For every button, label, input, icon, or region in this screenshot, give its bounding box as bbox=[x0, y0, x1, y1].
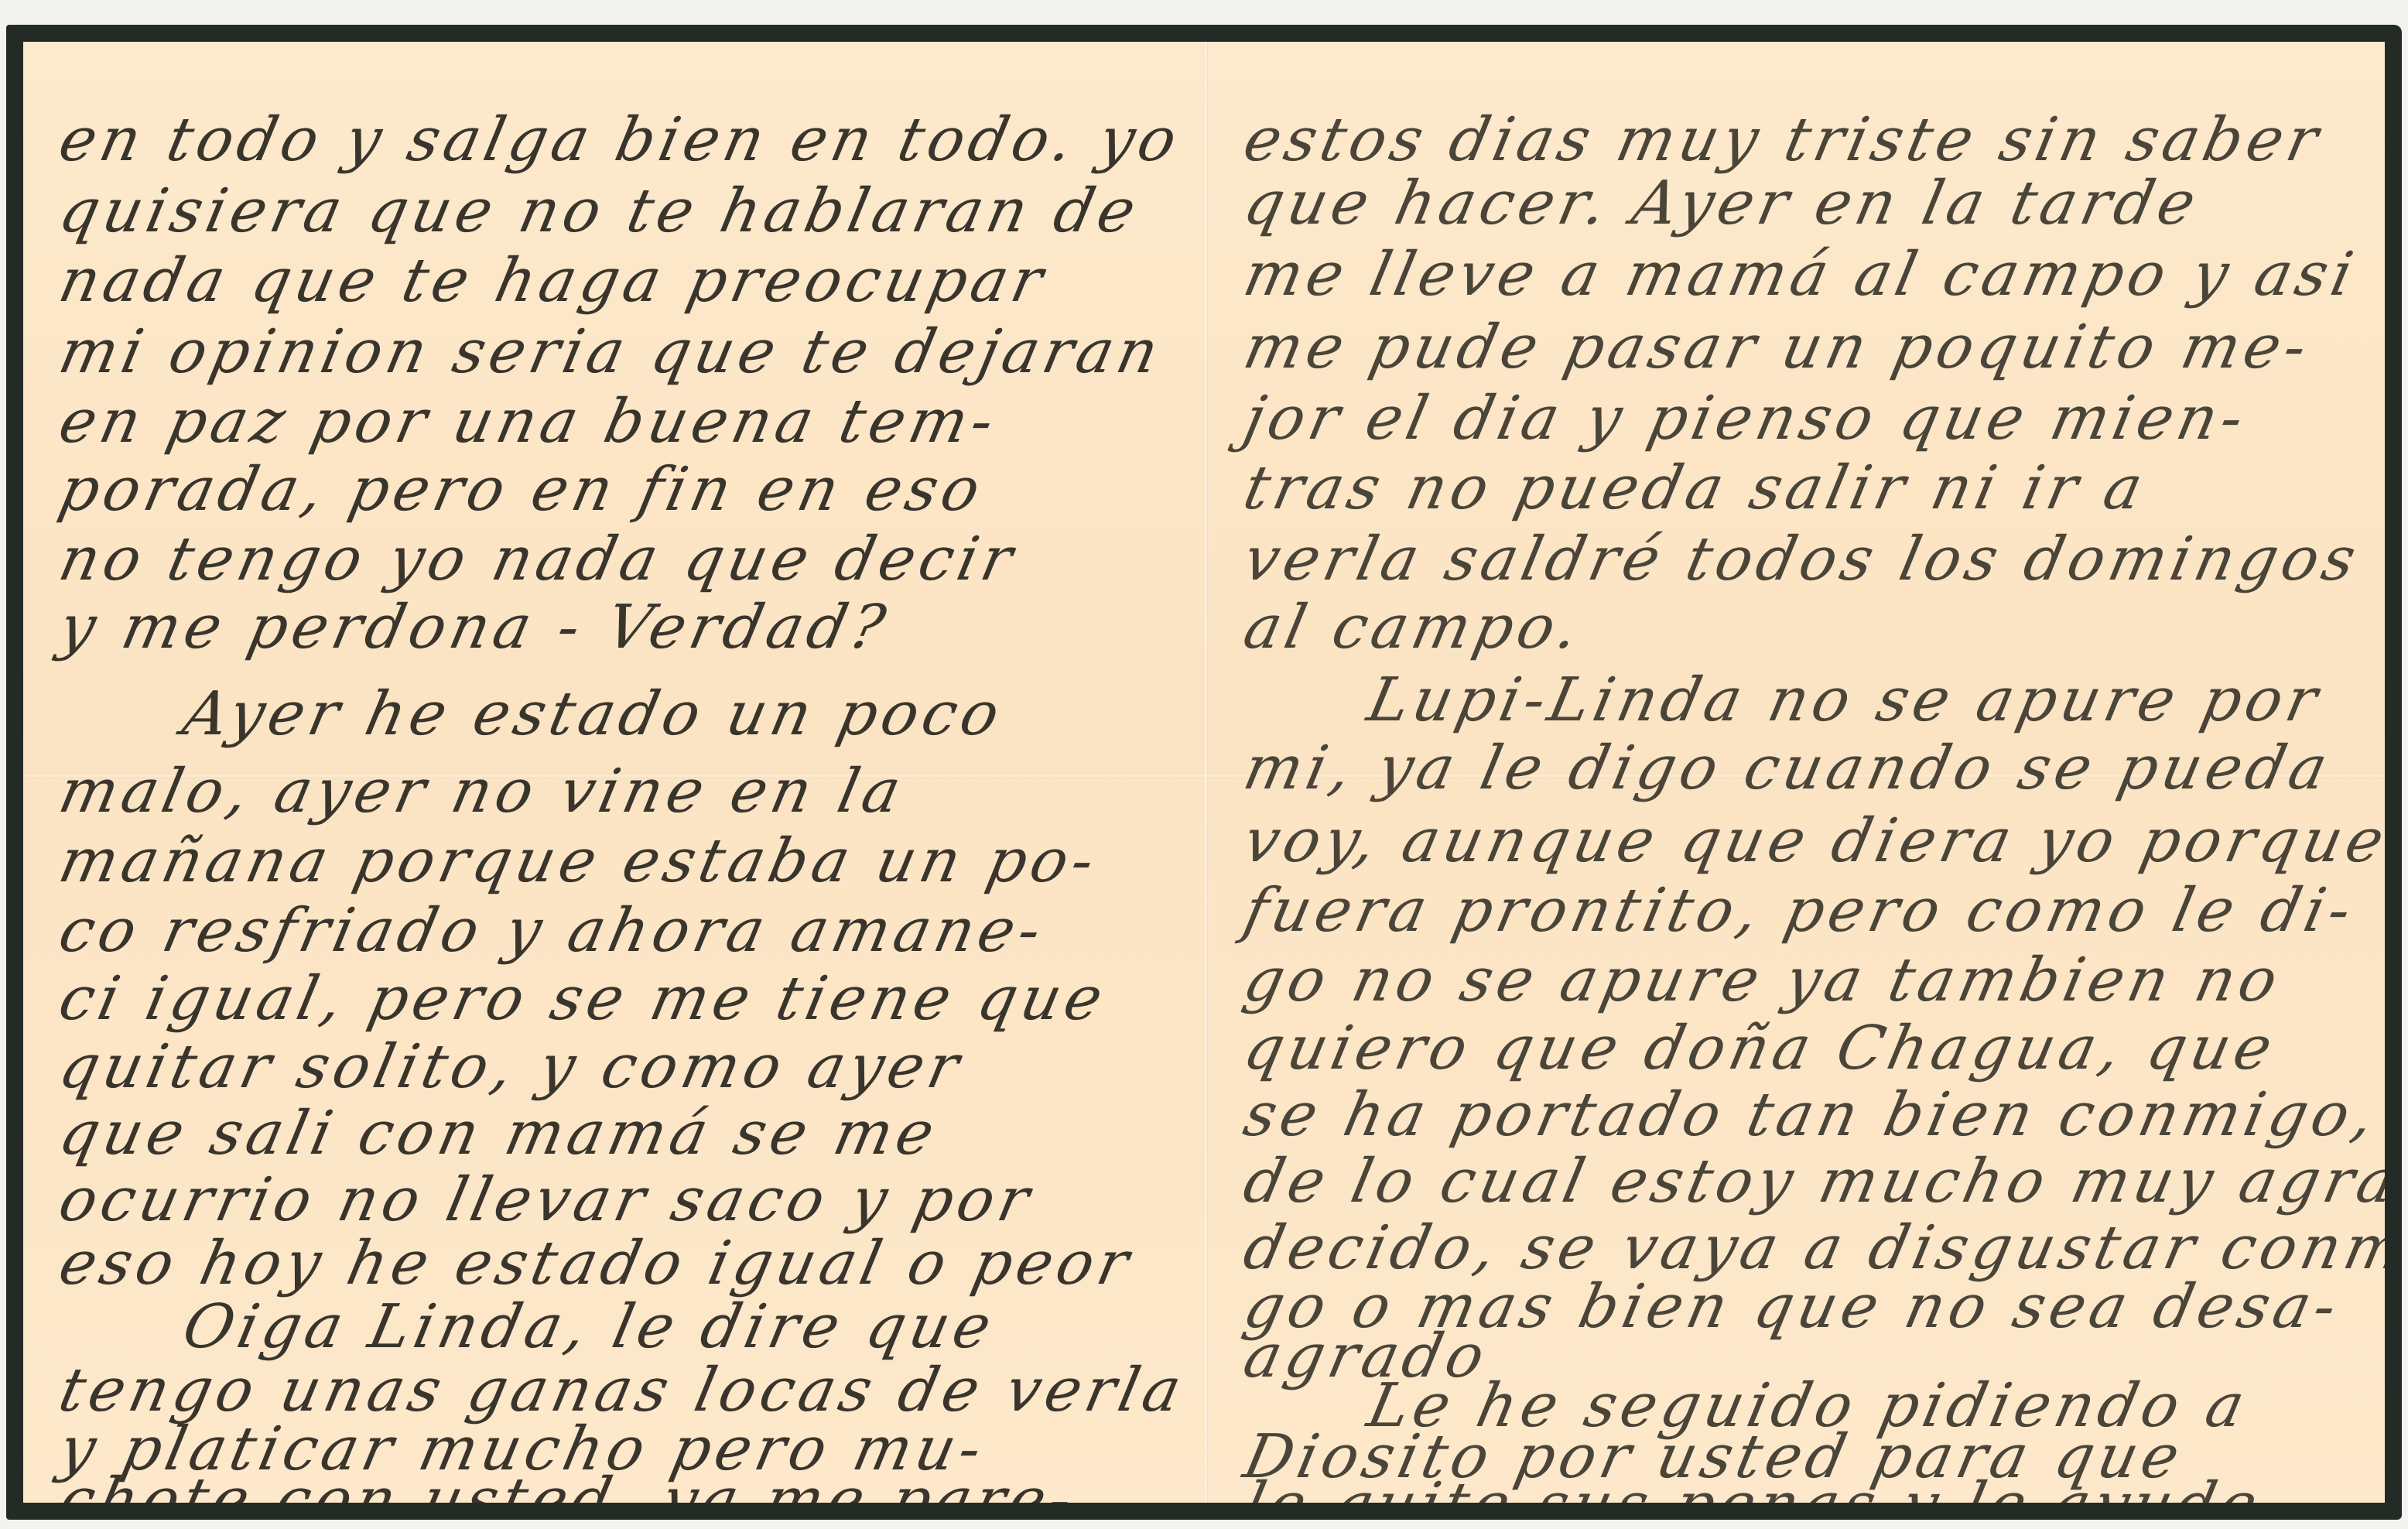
handwritten-line: le quite sus penas y le ayude bbox=[1239, 1475, 2266, 1503]
handwritten-line: malo, ayer no vine en la bbox=[54, 761, 910, 822]
handwritten-line: tengo unas ganas locas de verla bbox=[54, 1360, 1191, 1421]
handwritten-line: verla saldré todos los domingos bbox=[1239, 529, 2365, 590]
handwritten-line: y me perdona - Verdad? bbox=[54, 597, 894, 658]
handwritten-line: mañana porque estaba un po- bbox=[54, 831, 1103, 891]
handwritten-line: ci igual, pero se me tiene que bbox=[54, 969, 1112, 1029]
handwritten-line: nada que te haga preocupar bbox=[54, 251, 1052, 311]
handwritten-line: en paz por una buena tem- bbox=[54, 392, 1004, 452]
handwritten-line: quisiera que no te hablaran de bbox=[54, 181, 1145, 241]
handwritten-line: quitar solito, y como ayer bbox=[54, 1037, 969, 1097]
handwritten-line: mi opinion seria que te dejaran bbox=[54, 322, 1168, 382]
right-page: estos dias muy triste sin saber que hace… bbox=[1208, 42, 2385, 1503]
handwritten-line: que sali con mamá se me bbox=[54, 1103, 943, 1164]
handwritten-line: Oiga Linda, le dire que bbox=[178, 1297, 1000, 1357]
handwritten-line: ocurrio no llevar saco y por bbox=[54, 1170, 1038, 1230]
handwritten-line: fuera prontito, pero como le di- bbox=[1239, 881, 2361, 941]
handwritten-line: me pude pasar un poquito me- bbox=[1239, 317, 2316, 378]
handwritten-line: me lleve a mamá al campo y asi bbox=[1239, 245, 2362, 305]
handwritten-line: no tengo yo nada que decir bbox=[54, 529, 1022, 590]
handwritten-line: mi, ya le digo cuando se pueda bbox=[1239, 738, 2337, 799]
handwritten-line: al campo. bbox=[1239, 597, 1588, 658]
handwritten-line: se ha portado tan bien conmigo, y bbox=[1239, 1085, 2385, 1145]
handwritten-line: Lupi-Linda no se apure por bbox=[1363, 670, 2327, 730]
handwritten-line: de lo cual estoy mucho muy agra- bbox=[1239, 1151, 2385, 1212]
handwritten-line: co resfriado y ahora amane- bbox=[54, 901, 1051, 961]
handwritten-line: decido, se vaya a disgustar conmi- bbox=[1239, 1218, 2385, 1278]
handwritten-line: jor el dia y pienso que mien- bbox=[1239, 388, 2253, 449]
handwritten-line: Ayer he estado un poco bbox=[178, 684, 1009, 744]
handwritten-line: porada, pero en fin en eso bbox=[54, 460, 990, 520]
left-page: en todo y salga bien en todo. yo quisier… bbox=[23, 42, 1203, 1503]
handwritten-line: eso hoy he estado igual o peor bbox=[54, 1233, 1138, 1294]
handwritten-line: en todo y salga bien en todo. yo bbox=[54, 110, 1186, 170]
handwritten-line: estos dias muy triste sin saber bbox=[1239, 110, 2328, 170]
handwritten-line: go no se apure ya tambien no bbox=[1239, 950, 2287, 1011]
mourning-letter-card: en todo y salga bien en todo. yo quisier… bbox=[6, 25, 2402, 1520]
handwritten-line: que hacer. Ayer en la tarde bbox=[1239, 173, 2205, 234]
letter-paper: en todo y salga bien en todo. yo quisier… bbox=[23, 42, 2385, 1503]
handwritten-line: chote con usted, ya me pare- bbox=[54, 1470, 1081, 1503]
handwritten-line: quiero que doña Chagua, que bbox=[1239, 1018, 2281, 1079]
handwritten-line: voy, aunque que diera yo porque bbox=[1239, 811, 2385, 871]
handwritten-line: tras no pueda salir ni ir a bbox=[1239, 458, 2152, 518]
